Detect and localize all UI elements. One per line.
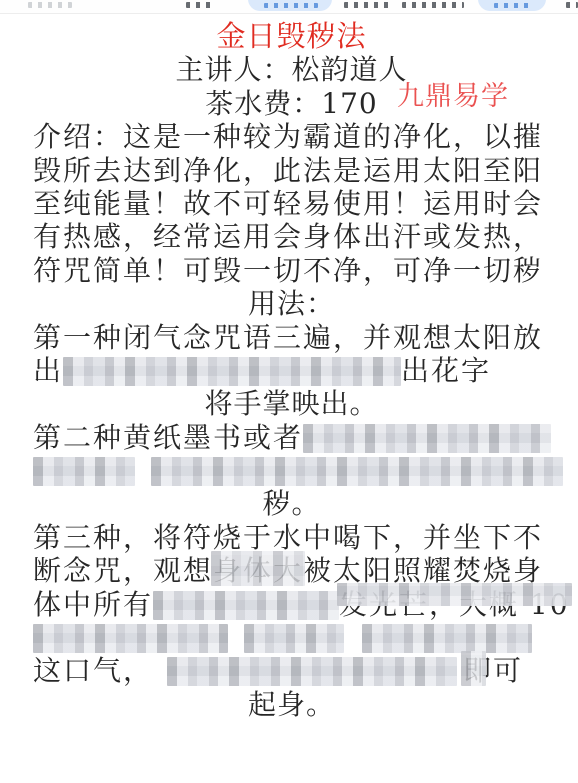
spacer — [153, 679, 167, 680]
partially-censored-text: 身体大 — [213, 554, 303, 587]
doc-line: 第一种闭气念咒语三遍，并观想太阳放 — [33, 321, 550, 354]
censor-mosaic — [153, 591, 339, 620]
text-segment: 用法： — [248, 287, 335, 320]
doc-line: 体中所有发光芒，大概 10 — [33, 588, 550, 621]
nav-item-stub[interactable] — [402, 2, 464, 8]
doc-line: 秽。 — [33, 487, 550, 520]
doc-line: 这口气，即可 — [33, 654, 550, 687]
censor-mosaic — [167, 657, 457, 686]
doc-line: 毁所去达到净化，此法是运用太阳至阳 — [33, 154, 550, 187]
text-segment: 介绍：这是一种较为霸道的净化，以摧 — [33, 120, 543, 153]
text-segment: 出花字 — [401, 354, 491, 387]
censor-mosaic — [63, 357, 401, 386]
text-segment: 茶水费：170 — [205, 87, 377, 120]
doc-line: 出出花字 — [33, 354, 550, 387]
text-segment: 秽。 — [262, 487, 320, 520]
text-segment: 将手掌映出。 — [204, 387, 378, 420]
nav-pill-label-clipped — [264, 3, 318, 8]
censor-mosaic — [33, 624, 228, 653]
doc-line: 介绍：这是一种较为霸道的净化，以摧 — [33, 120, 550, 153]
watermark: 九鼎易学 — [397, 83, 509, 110]
text-segment: 第一种闭气念咒语三遍，并观想太阳放 — [33, 321, 543, 354]
spacer — [344, 646, 362, 647]
text-segment: 至纯能量！故不可轻易使用！运用时会 — [33, 187, 543, 220]
nav-pill-label-clipped — [494, 3, 532, 8]
text-segment: 出 — [33, 354, 63, 387]
doc-line — [33, 621, 550, 654]
text-segment: 有热感，经常运用会身体出汗或发热， — [33, 220, 543, 253]
censor-mosaic — [151, 457, 563, 486]
doc-line: 起身。 — [33, 688, 550, 721]
doc-line: 有热感，经常运用会身体出汗或发热， — [33, 220, 550, 253]
spacer — [135, 479, 151, 480]
text-segment: 这口气， — [33, 654, 153, 687]
partially-censored-text: 发光芒，大概 10 — [339, 588, 570, 621]
censor-mosaic — [303, 424, 551, 453]
spacer — [228, 646, 244, 647]
nav-pill-button[interactable] — [248, 0, 332, 11]
doc-title: 金日毁秽法 — [33, 20, 550, 53]
doc-line: 用法： — [33, 287, 550, 320]
text-segment: 金日毁秽法 — [216, 19, 366, 53]
nav-item-stub[interactable] — [186, 2, 216, 8]
nav-item-stub-left[interactable] — [28, 2, 72, 8]
nav-item-stub[interactable] — [344, 2, 390, 8]
text-segment: 符咒简单！可毁一切不净，可净一切秽 — [33, 254, 543, 287]
text-segment: 毁所去达到净化，此法是运用太阳至阳 — [33, 154, 543, 187]
doc-line — [33, 454, 550, 487]
reader-document: 金日毁秽法主讲人：松韵道人茶水费：170介绍：这是一种较为霸道的净化，以摧毁所去… — [0, 14, 578, 721]
text-segment: 第二种黄纸墨书或者 — [33, 421, 303, 454]
text-segment: 主讲人：松韵道人 — [175, 53, 407, 86]
text-segment: 断念咒，观想 — [33, 554, 213, 587]
partially-censored-text: 即可 — [463, 654, 523, 687]
doc-line: 将手掌映出。 — [33, 387, 550, 420]
censor-mosaic — [362, 624, 532, 653]
doc-line: 至纯能量！故不可轻易使用！运用时会 — [33, 187, 550, 220]
text-segment: 第三种，将符烧于水中喝下，并坐下不 — [33, 521, 543, 554]
text-segment: 体中所有 — [33, 588, 153, 621]
censor-mosaic — [33, 457, 135, 486]
text-segment: 起身。 — [248, 688, 335, 721]
censor-mosaic — [244, 624, 344, 653]
doc-line: 第二种黄纸墨书或者 — [33, 421, 550, 454]
doc-line: 第三种，将符烧于水中喝下，并坐下不 — [33, 521, 550, 554]
nav-item-stub-right[interactable] — [566, 2, 578, 8]
top-navigation-bar — [0, 0, 578, 14]
nav-pill-button[interactable] — [478, 0, 546, 11]
doc-line: 符咒简单！可毁一切不净，可净一切秽 — [33, 254, 550, 287]
